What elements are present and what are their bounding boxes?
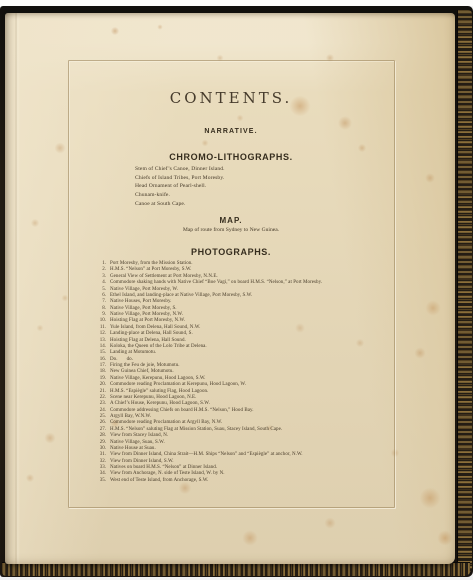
chromo-item: Head Ornament of Pearl-shell. bbox=[135, 182, 225, 191]
chromo-item: Canoe at South Cape. bbox=[135, 200, 225, 209]
book-page: CONTENTS. NARRATIVE. CHROMO-LITHOGRAPHS.… bbox=[5, 13, 455, 564]
photograph-caption: West end of Teste Island, from Anchorage… bbox=[110, 478, 208, 484]
photograph-row: 35.West end of Teste Island, from Anchor… bbox=[90, 478, 395, 484]
chromo-item: Chunam-knife. bbox=[135, 191, 225, 200]
photographs-heading: PHOTOGRAPHS. bbox=[68, 247, 394, 257]
chromo-item: Chiefs of Island Tribes, Port Moresby. bbox=[135, 174, 225, 183]
map-heading: MAP. bbox=[68, 216, 394, 225]
gilt-edge-bottom bbox=[2, 562, 470, 576]
chromo-heading: CHROMO-LITHOGRAPHS. bbox=[68, 152, 394, 162]
chromo-list: Stem of Chief’s Canoe, Dinner Island.Chi… bbox=[135, 165, 225, 209]
narrative-heading: NARRATIVE. bbox=[68, 128, 394, 135]
map-caption: Map of route from Sydney to New Guinea. bbox=[68, 227, 394, 233]
gilt-edge-right bbox=[457, 10, 472, 573]
chromo-item: Stem of Chief’s Canoe, Dinner Island. bbox=[135, 165, 225, 174]
page-title: CONTENTS. bbox=[68, 89, 394, 107]
photographs-list: 1.Port Moresby, from the Mission Station… bbox=[90, 261, 395, 484]
photograph-number: 35. bbox=[90, 478, 106, 484]
